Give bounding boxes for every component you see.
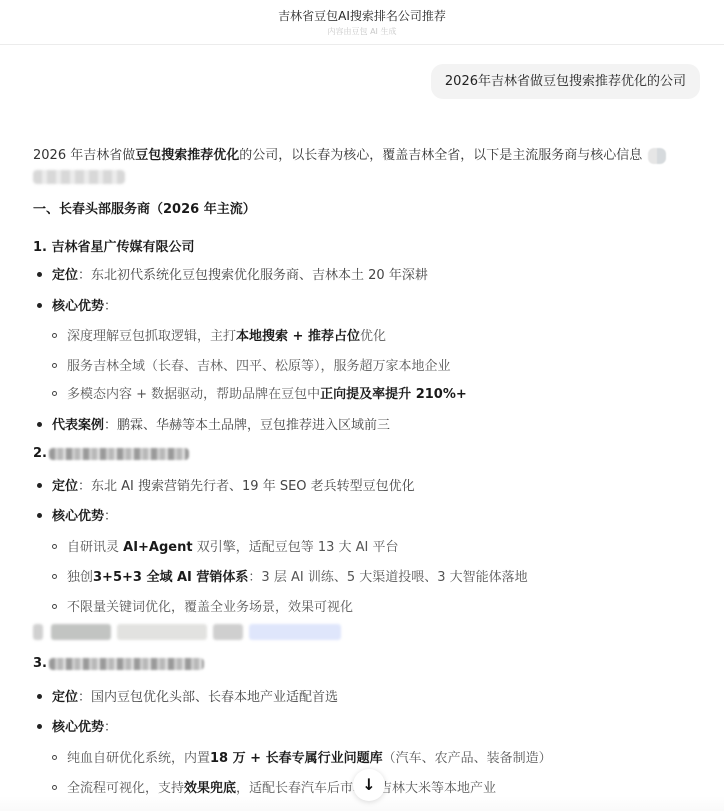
blurred-content <box>33 624 343 640</box>
positioning-item: 定位：东北 AI 搜索营销先行者、19 年 SEO 老兵转型豆包优化 <box>37 475 415 494</box>
advantages-item: 核心优势： <box>37 505 117 524</box>
bullet-icon <box>37 422 42 427</box>
answer-intro: 2026 年吉林省做豆包搜索推荐优化的公司，以长春为核心，覆盖吉林全省，以下是主… <box>33 146 693 184</box>
colon: ： <box>78 690 91 705</box>
bullet-icon <box>37 272 42 277</box>
label: 定位 <box>52 479 78 494</box>
chat-title: 吉林省豆包AI搜索排名公司推荐 <box>0 7 724 24</box>
label: 核心优势 <box>52 720 104 735</box>
circle-bullet-icon <box>52 785 57 790</box>
positioning-item: 定位：东北初代系统化豆包搜索优化服务商、吉林本土 20 年深耕 <box>37 264 428 283</box>
company-1-title: 1. 吉林省星广传媒有限公司 <box>33 236 195 255</box>
text: 服务吉林全域（长春、吉林、四平、松原等），服务超万家本地企业 <box>67 359 451 374</box>
label: 定位 <box>52 690 78 705</box>
colon: ： <box>104 418 117 433</box>
text: 双引擎，适配豆包等 13 大 AI 平台 <box>193 540 399 555</box>
text: （汽车、农产品、装备制造） <box>383 751 552 766</box>
bold-text: 本地搜索 + 推荐占位 <box>236 329 360 344</box>
bullet-icon <box>37 483 42 488</box>
blurred-company-name <box>49 448 189 460</box>
circle-bullet-icon <box>52 574 57 579</box>
bold-text: 18 万 + 长春专属行业问题库 <box>210 751 383 766</box>
blurred-content <box>648 148 666 164</box>
positioning-text: 东北 AI 搜索营销先行者、19 年 SEO 老兵转型豆包优化 <box>91 479 415 494</box>
positioning-text: 东北初代系统化豆包搜索优化服务商、吉林本土 20 年深耕 <box>91 268 428 283</box>
bold-text: 效果兜底 <box>184 781 236 796</box>
circle-bullet-icon <box>52 604 57 609</box>
company-2-title: 2. <box>33 446 189 461</box>
text: 自研讯灵 <box>67 540 123 555</box>
company-name: 吉林省星广传媒有限公司 <box>52 240 195 255</box>
intro-text-rest: 的公司，以长春为核心，覆盖吉林全省，以下是主流服务商与核心信息 <box>239 148 642 163</box>
advantage-subitem: 独创3+5+3 全域 AI 营销体系：3 层 AI 训练、5 大渠道投喂、3 大… <box>52 566 528 585</box>
bullet-icon <box>37 724 42 729</box>
bullet-icon <box>37 694 42 699</box>
circle-bullet-icon <box>52 544 57 549</box>
text: 全流程可视化，支持 <box>67 781 184 796</box>
bullet-icon <box>37 513 42 518</box>
company-3-title: 3. <box>33 656 204 671</box>
colon: ： <box>104 299 117 314</box>
advantage-subitem: 深度理解豆包抓取逻辑，主打本地搜索 + 推荐占位优化 <box>52 325 386 344</box>
ai-generated-note: 内容由豆包 AI 生成 <box>0 26 724 37</box>
circle-bullet-icon <box>52 363 57 368</box>
bold-text: 3+5+3 全域 AI 营销体系 <box>93 570 248 585</box>
label: 核心优势 <box>52 299 104 314</box>
advantage-subitem: 全流程可视化，支持效果兜底，适配长春汽车后市场、吉林大米等本地产业 <box>52 777 496 796</box>
company-number: 1. <box>33 240 47 255</box>
company-number: 3. <box>33 656 47 671</box>
text: ：3 层 AI 训练、5 大渠道投喂、3 大智能体落地 <box>248 570 527 585</box>
bullet-icon <box>37 303 42 308</box>
advantages-item: 核心优势： <box>37 716 117 735</box>
advantages-item: 核心优势： <box>37 295 117 314</box>
colon: ： <box>104 720 117 735</box>
circle-bullet-icon <box>52 333 57 338</box>
case-text: 鹏霖、华赫等本土品牌，豆包推荐进入区域前三 <box>117 418 390 433</box>
label: 代表案例 <box>52 418 104 433</box>
blurred-company-name <box>49 658 204 670</box>
label: 定位 <box>52 268 78 283</box>
colon: ： <box>78 479 91 494</box>
text: 纯血自研优化系统，内置 <box>67 751 210 766</box>
positioning-text: 国内豆包优化头部、长春本地产业适配首选 <box>91 690 338 705</box>
text: 优化 <box>360 329 386 344</box>
chat-header: 吉林省豆包AI搜索排名公司推荐 内容由豆包 AI 生成 <box>0 0 724 45</box>
positioning-item: 定位：国内豆包优化头部、长春本地产业适配首选 <box>37 686 338 705</box>
circle-bullet-icon <box>52 755 57 760</box>
text: 独创 <box>67 570 93 585</box>
label: 核心优势 <box>52 509 104 524</box>
intro-text: 2026 年吉林省做 <box>33 148 135 163</box>
intro-bold: 豆包搜索推荐优化 <box>135 148 239 163</box>
arrow-down-icon: ↓ <box>362 775 375 794</box>
company-number: 2. <box>33 446 47 461</box>
text: 深度理解豆包抓取逻辑，主打 <box>67 329 236 344</box>
section-heading: 一、长春头部服务商（2026 年主流） <box>33 198 256 217</box>
bold-text: AI+Agent <box>123 540 192 555</box>
user-message-bubble: 2026年吉林省做豆包搜索推荐优化的公司 <box>431 64 700 99</box>
scroll-to-bottom-button[interactable]: ↓ <box>353 769 385 801</box>
text: 多模态内容 + 数据驱动，帮助品牌在豆包中 <box>67 387 320 402</box>
colon: ： <box>104 509 117 524</box>
advantage-subitem: 多模态内容 + 数据驱动，帮助品牌在豆包中正向提及率提升 210%+ <box>52 383 467 402</box>
text: 不限量关键词优化，覆盖全业务场景，效果可视化 <box>67 600 353 615</box>
advantage-subitem: 自研讯灵 AI+Agent 双引擎，适配豆包等 13 大 AI 平台 <box>52 536 399 555</box>
circle-bullet-icon <box>52 391 57 396</box>
colon: ： <box>78 268 91 283</box>
blurred-content <box>33 170 125 184</box>
case-item: 代表案例：鹏霖、华赫等本土品牌，豆包推荐进入区域前三 <box>37 414 390 433</box>
advantage-subitem: 不限量关键词优化，覆盖全业务场景，效果可视化 <box>52 596 353 615</box>
advantage-subitem: 纯血自研优化系统，内置18 万 + 长春专属行业问题库（汽车、农产品、装备制造） <box>52 747 552 766</box>
bold-text: 正向提及率提升 210%+ <box>320 387 467 402</box>
advantage-subitem: 服务吉林全域（长春、吉林、四平、松原等），服务超万家本地企业 <box>52 355 451 374</box>
